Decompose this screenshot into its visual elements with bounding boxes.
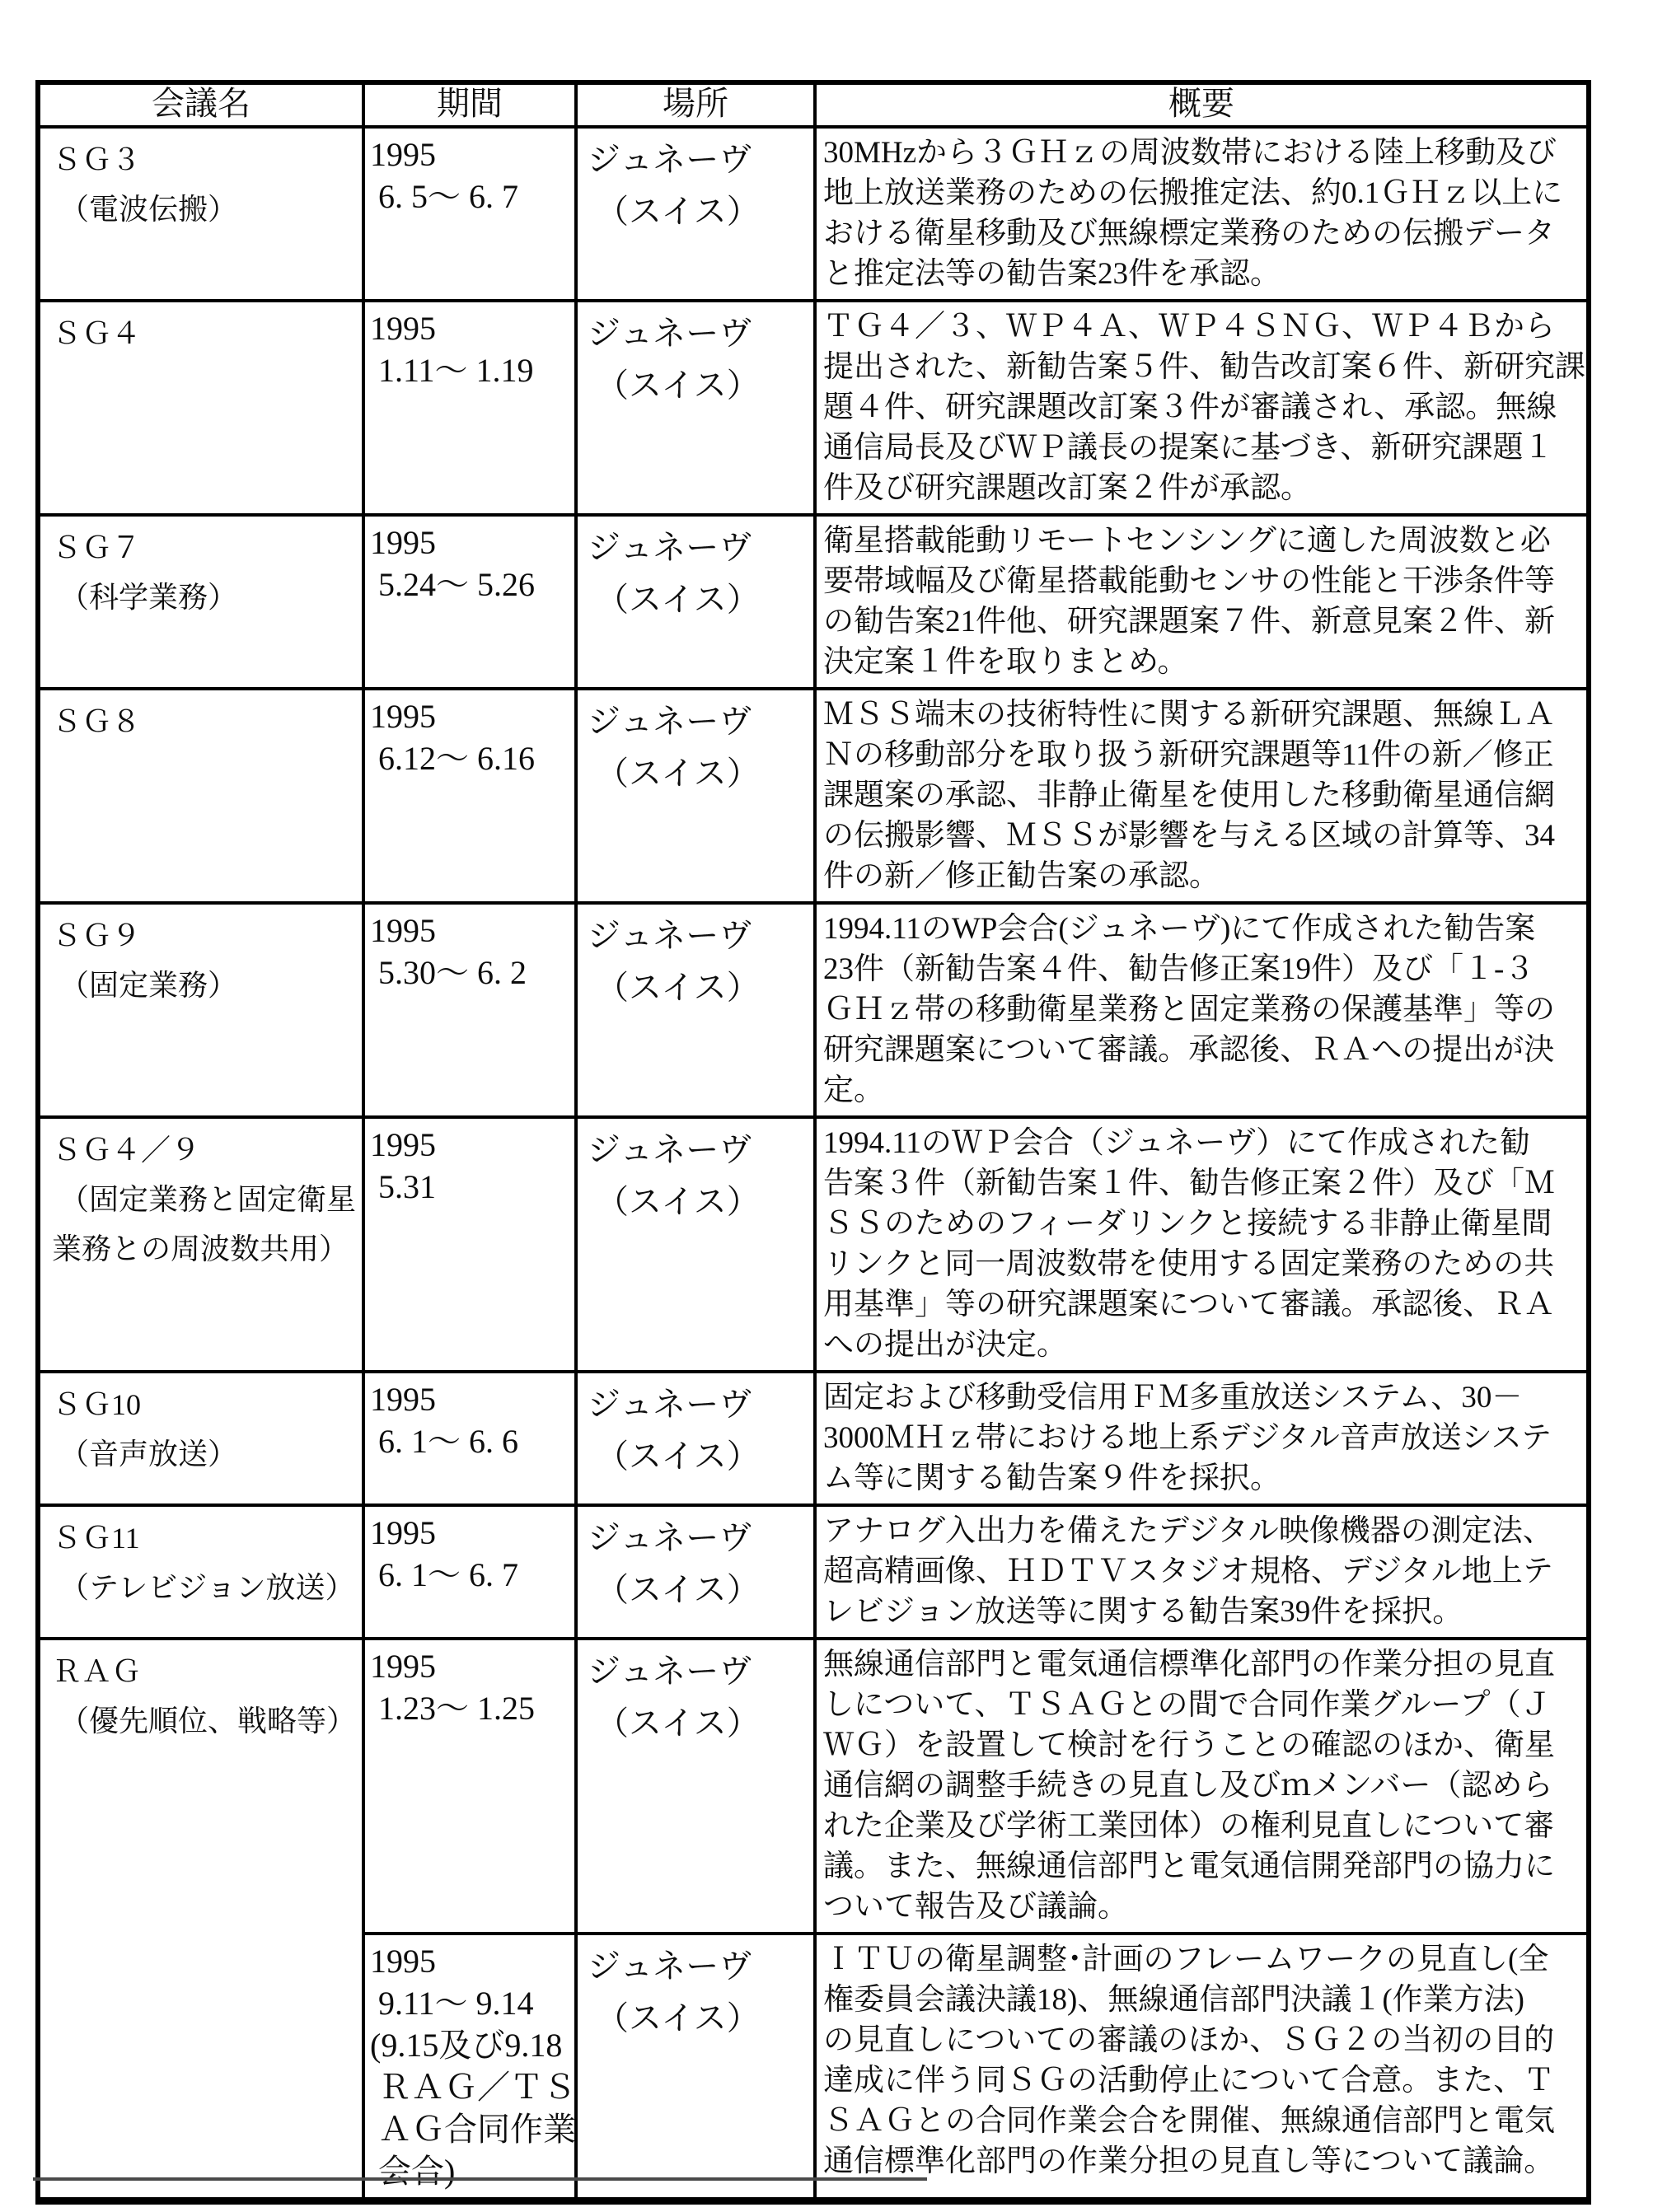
place-cell: ジュネーヴ （スイス） (576, 515, 815, 689)
text-line: 1995 (370, 1940, 573, 1982)
place-cell: ジュネーヴ （スイス） (576, 1372, 815, 1505)
text-line: ＳＧ４／９ (52, 1125, 358, 1175)
text-line: ＴＧ４／３、ＷＰ４Ａ、ＷＰ４ＳＮＧ、ＷＰ４Ｂから (823, 306, 1583, 347)
text-line: への提出が決定。 (823, 1325, 1583, 1365)
summary-cell: 衛星搭載能動リモートセンシングに適した周波数と必要帯域幅及び衛星搭載能動センサの… (815, 515, 1589, 689)
text-line: 研究課題案について審議。承認後、ＲＡへの提出が決 (823, 1030, 1583, 1070)
place-cell: ジュネーヴ （スイス） (576, 127, 815, 301)
text-line: ＳＡＧとの合同作業会合を開催、無線通信部門と電気 (823, 2101, 1583, 2141)
text-line: 1995 (370, 1645, 573, 1687)
text-line: ＧＨｚ帯の移動衛星業務と固定業務の保護基準」等の (823, 989, 1583, 1030)
meeting-name-cell: ＳＧ11 （テレビジョン放送） (38, 1505, 363, 1639)
text-line: （科学業務） (52, 573, 358, 622)
text-line: 3000ＭＨｚ帯における地上系デジタル音声放送システ (823, 1418, 1583, 1458)
text-line: 23件（新勧告案４件、勧告修正案19件）及び「１-３ (823, 949, 1583, 989)
meeting-name-cell: ＳＧ８ (38, 689, 363, 903)
text-line: （スイス） (588, 1564, 812, 1616)
text-line: 課題案の承認、非静止衛星を使用した移動衛星通信網 (823, 775, 1583, 816)
text-line: 5.31 (370, 1166, 573, 1208)
text-line: （スイス） (588, 961, 812, 1013)
text-line: 固定および移動受信用ＦＭ多重放送システム、30－ (823, 1377, 1583, 1418)
text-line: ジュネーヴ (588, 1645, 812, 1697)
text-line: レビジョン放送等に関する勧告案39件を採択。 (823, 1592, 1583, 1632)
place-cell: ジュネーヴ （スイス） (576, 1117, 815, 1372)
place-cell: ジュネーヴ （スイス） (576, 301, 815, 515)
text-line: （スイス） (588, 1992, 812, 2044)
summary-cell: 1994.11のWP会合(ジュネーヴ)にて作成された勧告案23件（新勧告案４件、… (815, 903, 1589, 1117)
text-line: の勧告案21件他、研究課題案７件、新意見案２件、新 (823, 601, 1583, 642)
place-cell: ジュネーヴ （スイス） (576, 903, 815, 1117)
table-row: ＳＧ９ （固定業務）1995 5.30～ 6. 2ジュネーヴ （スイス）1994… (38, 903, 1589, 1117)
text-line: ＷＧ）を設置して検討を行うことの確認のほか、衛星 (823, 1725, 1583, 1765)
text-line: 1.11～ 1.19 (370, 349, 573, 391)
text-line: ＭＳＳ端末の技術特性に関する新研究課題、無線ＬＡ (823, 694, 1583, 735)
period-cell: 1995 6. 1～ 6. 6 (363, 1372, 576, 1505)
text-line: Ｎの移動部分を取り扱う新研究課題等11件の新／修正 (823, 735, 1583, 775)
summary-cell: ＩＴＵの衛星調整･計画のフレームワークの見直し(全権委員会議決議18)、無線通信… (815, 1934, 1589, 2201)
table-body: ＳＧ３ （電波伝搬）1995 6. 5～ 6. 7ジュネーヴ （スイス）30MH… (38, 127, 1589, 2201)
meeting-name-cell: ＳＧ７ （科学業務） (38, 515, 363, 689)
text-line: 5.24～ 5.26 (370, 564, 573, 606)
text-line: （スイス） (588, 747, 812, 799)
text-line: ジュネーヴ (588, 1378, 812, 1430)
document-page: 会議名 期間 場所 概要 ＳＧ３ （電波伝搬）1995 6. 5～ 6. 7ジュ… (0, 0, 1653, 2212)
text-line: ＲＡＧ (52, 1647, 358, 1696)
place-cell: ジュネーヴ （スイス） (576, 1934, 815, 2201)
text-line: ＳＧ９ (52, 911, 358, 961)
table-row: ＲＡＧ （優先順位、戦略等）1995 1.23～ 1.25ジュネーヴ （スイス）… (38, 1639, 1589, 1934)
text-line: れた企業及び学術工業団体）の権利見直しについて審 (823, 1806, 1583, 1846)
period-cell: 1995 5.30～ 6. 2 (363, 903, 576, 1117)
text-line: （スイス） (588, 1697, 812, 1749)
text-line: 告案３件（新勧告案１件、勧告修正案２件）及び「Ｍ (823, 1163, 1583, 1204)
text-line: 6. 1～ 6. 6 (370, 1420, 573, 1462)
text-line: アナログ入出力を備えたデジタル映像機器の測定法、 (823, 1511, 1583, 1551)
text-line: 件の新／修正勧告案の承認。 (823, 856, 1583, 896)
text-line: ＩＴＵの衛星調整･計画のフレームワークの見直し(全 (823, 1939, 1583, 1980)
text-line: （スイス） (588, 185, 812, 237)
text-line: 会合) (370, 2150, 573, 2192)
summary-cell: 固定および移動受信用ＦＭ多重放送システム、30－3000ＭＨｚ帯における地上系デ… (815, 1372, 1589, 1505)
summary-cell: 無線通信部門と電気通信標準化部門の作業分担の見直しについて、ＴＳＡＧとの間で合同… (815, 1639, 1589, 1934)
meeting-name-cell: ＳＧ３ （電波伝搬） (38, 127, 363, 301)
table-row: ＳＧ４／９ （固定業務と固定衛星業務との周波数共用）1995 5.31ジュネーヴ… (38, 1117, 1589, 1372)
meeting-name-cell: ＳＧ10 （音声放送） (38, 1372, 363, 1505)
text-line: 提出された、新勧告案５件、勧告改訂案６件、新研究課 (823, 347, 1583, 387)
text-line: ＡＧ合同作業 (370, 2108, 573, 2150)
summary-cell: 30MHzから３ＧＨｚの周波数帯における陸上移動及び地上放送業務のための伝搬推定… (815, 127, 1589, 301)
meeting-name-cell: ＲＡＧ （優先順位、戦略等） (38, 1639, 363, 2201)
summary-cell: ＭＳＳ端末の技術特性に関する新研究課題、無線ＬＡＮの移動部分を取り扱う新研究課題… (815, 689, 1589, 903)
meeting-name-cell: ＳＧ４／９ （固定業務と固定衛星業務との周波数共用） (38, 1117, 363, 1372)
text-line: （音声放送） (52, 1429, 358, 1479)
text-line: ム等に関する勧告案９件を採択。 (823, 1458, 1583, 1499)
period-cell: 1995 6. 1～ 6. 7 (363, 1505, 576, 1639)
text-line: ＳＧ７ (52, 523, 358, 573)
text-line: ＳＧ11 (52, 1513, 358, 1563)
text-line: 1995 (370, 133, 573, 175)
table-row: ＳＧ11 （テレビジョン放送）1995 6. 1～ 6. 7ジュネーヴ （スイス… (38, 1505, 1589, 1639)
header-place: 場所 (576, 82, 815, 127)
text-line: の見直しについての審議のほか、ＳＧ２の当初の目的 (823, 2020, 1583, 2060)
text-line: 題４件、研究課題改訂案３件が審議され、承認。無線 (823, 387, 1583, 428)
text-line: 超高精画像、ＨＤＴＶスタジオ規格、デジタル地上テ (823, 1551, 1583, 1592)
text-line: リンクと同一周波数帯を使用する固定業務のための共 (823, 1244, 1583, 1284)
text-line: ジュネーヴ (588, 1124, 812, 1176)
period-cell: 1995 1.11～ 1.19 (363, 301, 576, 515)
meeting-schedule-table: 会議名 期間 場所 概要 ＳＧ３ （電波伝搬）1995 6. 5～ 6. 7ジュ… (35, 80, 1591, 2205)
text-line: ついて報告及び議論。 (823, 1887, 1583, 1927)
text-line: 6. 1～ 6. 7 (370, 1554, 573, 1596)
text-line: 1995 (370, 307, 573, 349)
table-header: 会議名 期間 場所 概要 (38, 82, 1589, 127)
text-line: （スイス） (588, 1430, 812, 1482)
text-line: 衛星搭載能動リモートセンシングに適した周波数と必 (823, 521, 1583, 561)
text-line: 達成に伴う同ＳＧの活動停止について合意。また、Ｔ (823, 2060, 1583, 2101)
text-line: 1995 (370, 910, 573, 952)
text-line: 件及び研究課題改訂案２件が承認。 (823, 468, 1583, 508)
text-line: 業務との周波数共用） (52, 1224, 358, 1274)
text-line: ジュネーヴ (588, 521, 812, 573)
text-line: 1995 (370, 1124, 573, 1166)
text-line: 5.30～ 6. 2 (370, 952, 573, 994)
text-line: と推定法等の勧告案23件を承認。 (823, 254, 1583, 294)
header-row: 会議名 期間 場所 概要 (38, 82, 1589, 127)
text-line: 6. 5～ 6. 7 (370, 175, 573, 217)
text-line: の伝搬影響、ＭＳＳが影響を与える区域の計算等、34 (823, 816, 1583, 856)
text-line: (9.15及び9.18 (370, 2024, 573, 2066)
text-line: ジュネーヴ (588, 307, 812, 359)
period-cell: 1995 6. 5～ 6. 7 (363, 127, 576, 301)
scan-artifact-line (33, 2177, 927, 2181)
meeting-name-cell: ＳＧ４ (38, 301, 363, 515)
summary-cell: 1994.11のＷＰ会合（ジュネーヴ）にて作成された勧告案３件（新勧告案１件、勧… (815, 1117, 1589, 1372)
text-line: ＲＡＧ／ＴＳ (370, 2066, 573, 2108)
table-row: ＳＧ10 （音声放送）1995 6. 1～ 6. 6ジュネーヴ （スイス）固定お… (38, 1372, 1589, 1505)
text-line: 9.11～ 9.14 (370, 1982, 573, 2024)
text-line: 決定案１件を取りまとめ。 (823, 642, 1583, 682)
text-line: ＳＧ10 (52, 1380, 358, 1429)
table-row: ＳＧ８1995 6.12～ 6.16ジュネーヴ （スイス）ＭＳＳ端末の技術特性に… (38, 689, 1589, 903)
text-line: ＳＳのためのフィーダリンクと接続する非静止衛星間 (823, 1204, 1583, 1244)
text-line: 1995 (370, 1378, 573, 1420)
text-line: 地上放送業務のための伝搬推定法、約0.1ＧＨｚ以上に (823, 173, 1583, 213)
text-line: （優先順位、戦略等） (52, 1696, 358, 1746)
period-cell: 1995 5.24～ 5.26 (363, 515, 576, 689)
text-line: 30MHzから３ＧＨｚの周波数帯における陸上移動及び (823, 133, 1583, 173)
text-line: おける衛星移動及び無線標定業務のための伝搬データ (823, 213, 1583, 254)
text-line: （スイス） (588, 1176, 812, 1228)
header-summary: 概要 (815, 82, 1589, 127)
text-line: 1995 (370, 521, 573, 564)
table-row: ＳＧ３ （電波伝搬）1995 6. 5～ 6. 7ジュネーヴ （スイス）30MH… (38, 127, 1589, 301)
text-line: 権委員会議決議18)、無線通信部門決議１(作業方法) (823, 1980, 1583, 2020)
period-cell: 1995 1.23～ 1.25 (363, 1639, 576, 1934)
text-line: ＳＧ４ (52, 309, 358, 358)
period-cell: 1995 5.31 (363, 1117, 576, 1372)
text-line: 1995 (370, 695, 573, 737)
text-line: ジュネーヴ (588, 133, 812, 185)
text-line: 定。 (823, 1070, 1583, 1111)
text-line: （スイス） (588, 573, 812, 625)
table-row: ＳＧ７ （科学業務）1995 5.24～ 5.26ジュネーヴ （スイス）衛星搭載… (38, 515, 1589, 689)
text-line: 1994.11のWP会合(ジュネーヴ)にて作成された勧告案 (823, 909, 1583, 949)
text-line: 1.23～ 1.25 (370, 1687, 573, 1729)
place-cell: ジュネーヴ （スイス） (576, 1639, 815, 1934)
text-line: （固定業務と固定衛星 (52, 1175, 358, 1224)
text-line: （固定業務） (52, 961, 358, 1010)
period-cell: 1995 9.11～ 9.14(9.15及び9.18 ＲＡＧ／ＴＳ ＡＧ合同作業… (363, 1934, 576, 2201)
text-line: （テレビジョン放送） (52, 1563, 358, 1612)
text-line: しについて、ＴＳＡＧとの間で合同作業グループ（Ｊ (823, 1685, 1583, 1725)
text-line: 通信網の調整手続きの見直し及びｍメンバー（認めら (823, 1765, 1583, 1806)
summary-cell: アナログ入出力を備えたデジタル映像機器の測定法、超高精画像、ＨＤＴＶスタジオ規格… (815, 1505, 1589, 1639)
place-cell: ジュネーヴ （スイス） (576, 1505, 815, 1639)
header-period: 期間 (363, 82, 576, 127)
header-meeting-name: 会議名 (38, 82, 363, 127)
text-line: （スイス） (588, 359, 812, 411)
text-line: 議。また、無線通信部門と電気通信開発部門の協力に (823, 1846, 1583, 1887)
text-line: 無線通信部門と電気通信標準化部門の作業分担の見直 (823, 1644, 1583, 1685)
text-line: （電波伝搬） (52, 185, 358, 234)
meeting-name-cell: ＳＧ９ （固定業務） (38, 903, 363, 1117)
text-line: ＳＧ３ (52, 135, 358, 185)
text-line: 1994.11のＷＰ会合（ジュネーヴ）にて作成された勧 (823, 1123, 1583, 1163)
place-cell: ジュネーヴ （スイス） (576, 689, 815, 903)
text-line: ジュネーヴ (588, 695, 812, 747)
table-row: ＳＧ４1995 1.11～ 1.19ジュネーヴ （スイス）ＴＧ４／３、ＷＰ４Ａ、… (38, 301, 1589, 515)
text-line: 6.12～ 6.16 (370, 737, 573, 779)
text-line: 要帯域幅及び衛星搭載能動センサの性能と干渉条件等 (823, 561, 1583, 601)
text-line: ジュネーヴ (588, 1512, 812, 1564)
text-line: 通信局長及びＷＰ議長の提案に基づき、新研究課題１ (823, 428, 1583, 468)
text-line: 1995 (370, 1512, 573, 1554)
period-cell: 1995 6.12～ 6.16 (363, 689, 576, 903)
text-line: ＳＧ８ (52, 697, 358, 746)
text-line: 用基準」等の研究課題案について審議。承認後、ＲＡ (823, 1284, 1583, 1325)
summary-cell: ＴＧ４／３、ＷＰ４Ａ、ＷＰ４ＳＮＧ、ＷＰ４Ｂから提出された、新勧告案５件、勧告改… (815, 301, 1589, 515)
text-line: ジュネーヴ (588, 1940, 812, 1992)
text-line: ジュネーヴ (588, 910, 812, 961)
text-line: 通信標準化部門の作業分担の見直し等について議論。 (823, 2141, 1583, 2182)
